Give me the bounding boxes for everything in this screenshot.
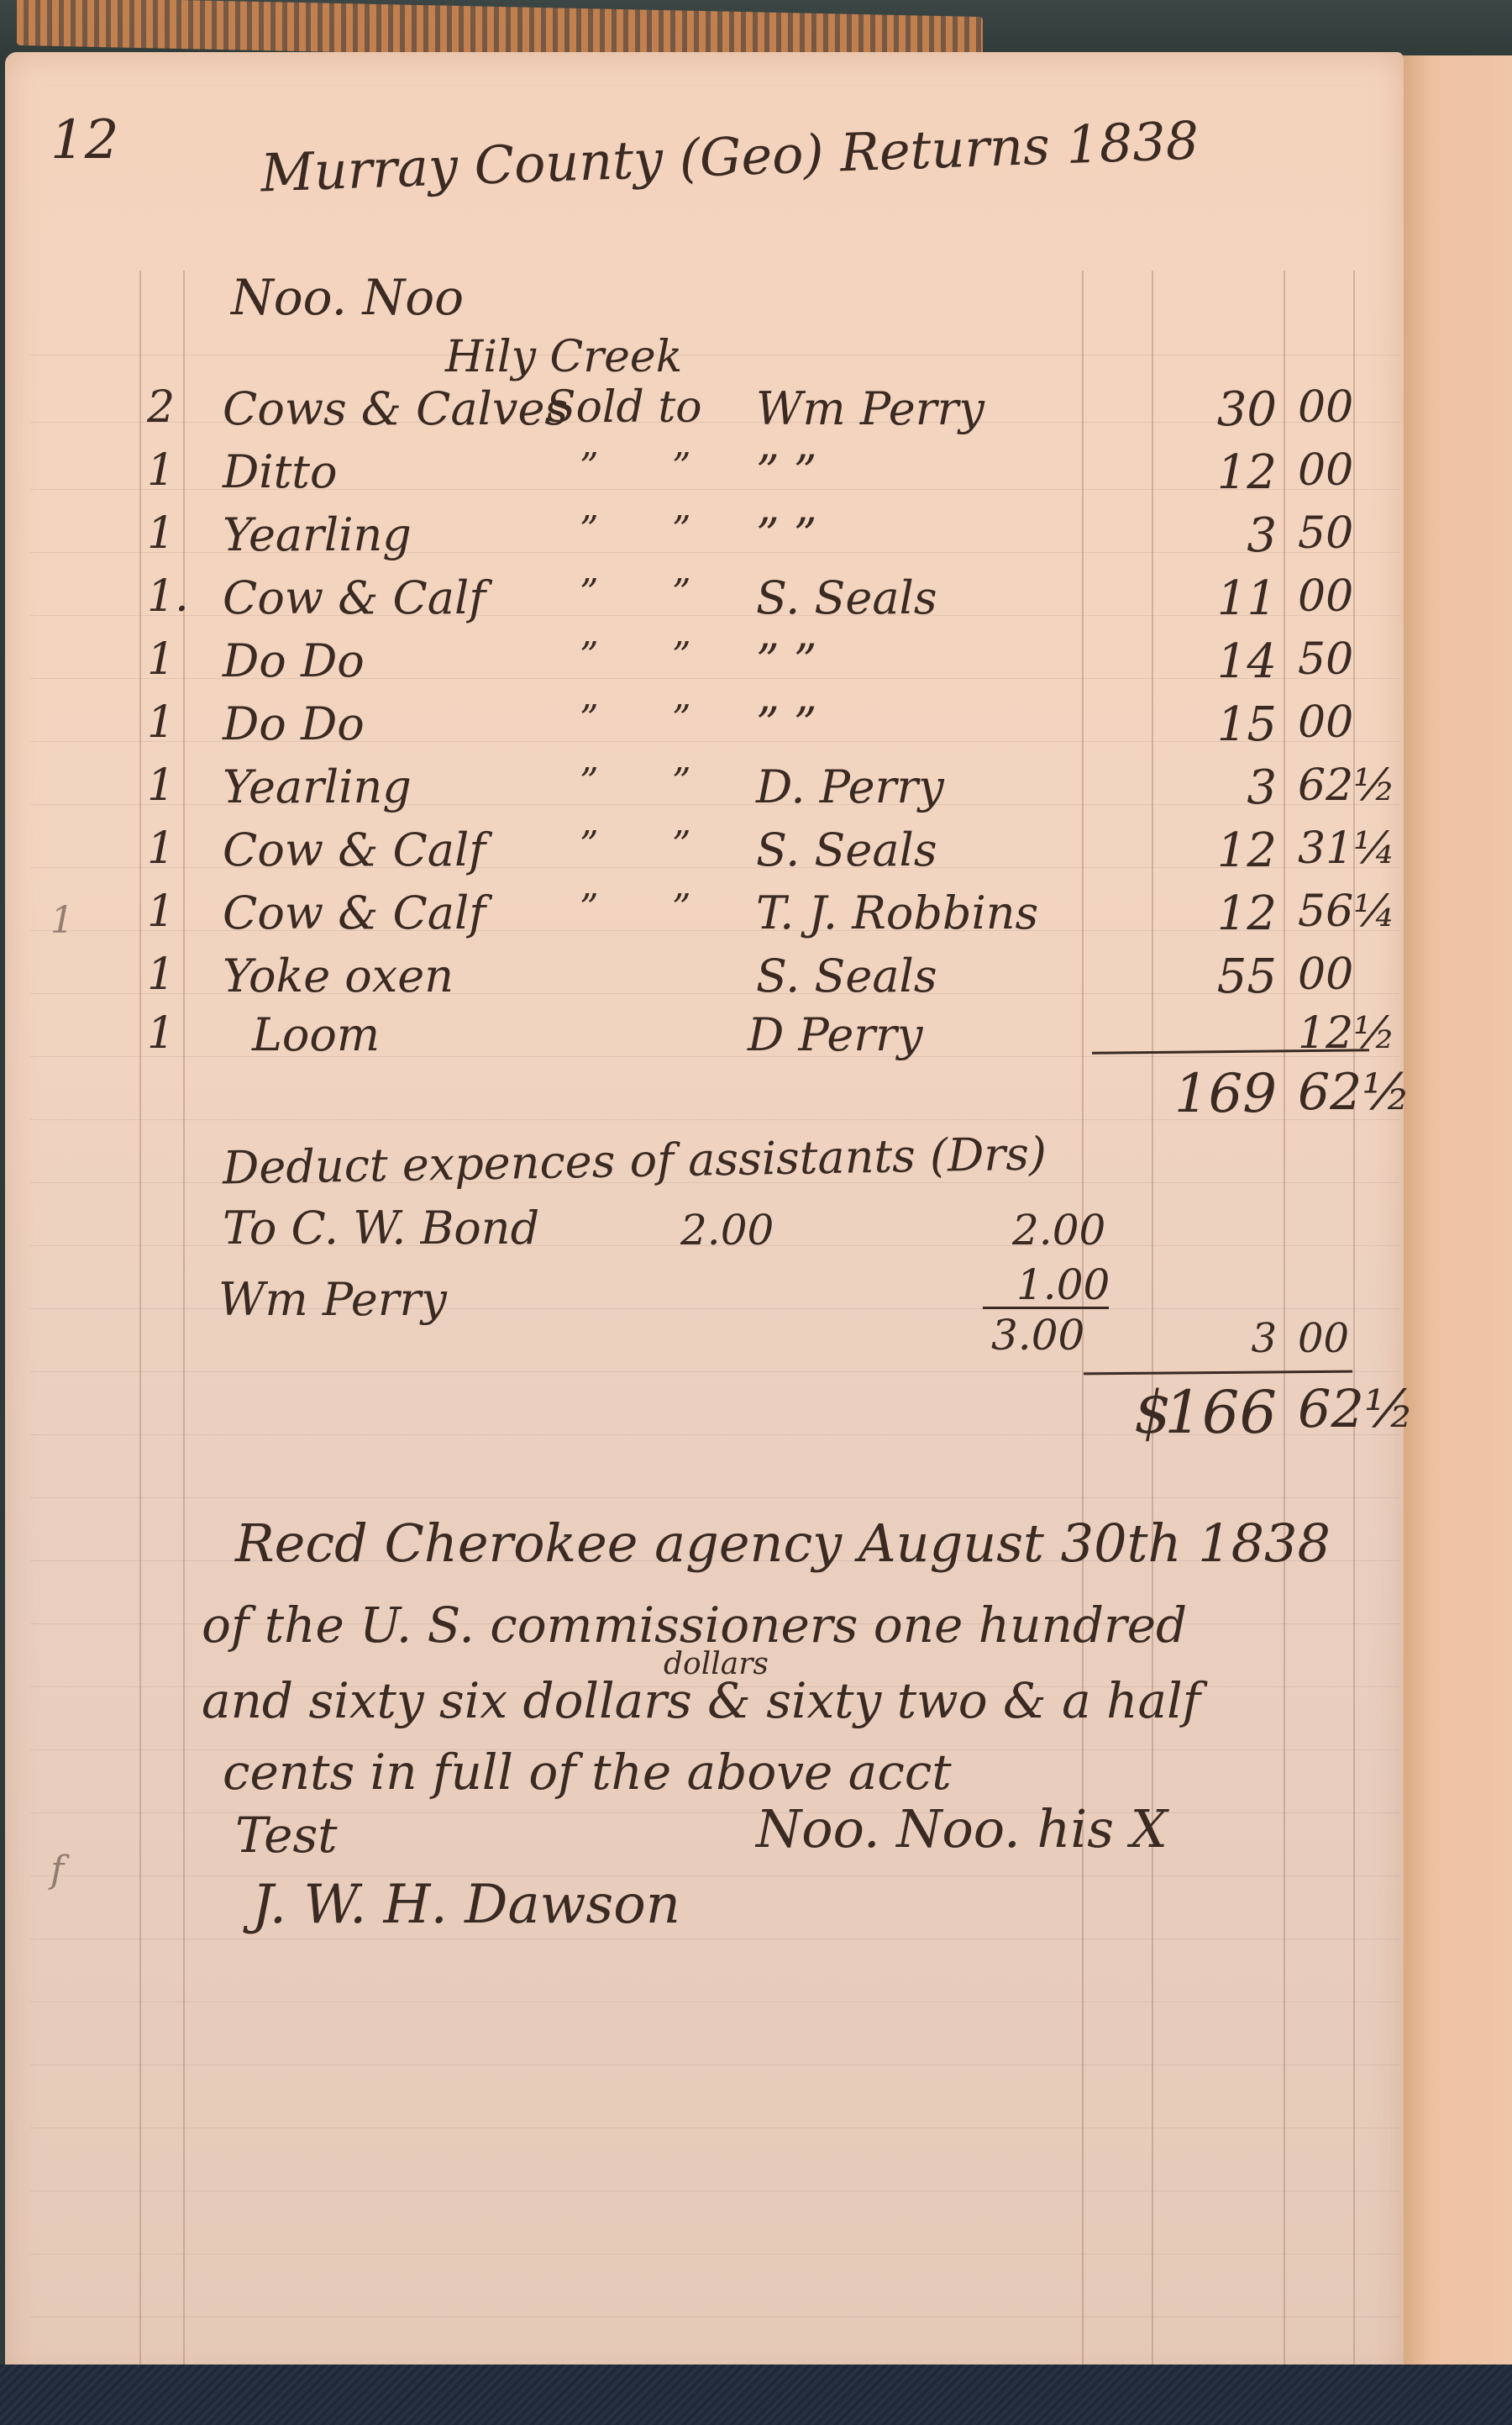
receipt-line: cents in full of the above acct bbox=[223, 1744, 952, 1801]
row-qty: 1 bbox=[147, 697, 175, 748]
signer-mark: Noo. Noo. his X bbox=[756, 1798, 1168, 1860]
row-qty: 1 bbox=[147, 823, 175, 874]
table-row: 1 Yearling ” ” ” ” 3 50 bbox=[0, 508, 1428, 567]
row-qty: 1. bbox=[147, 571, 189, 622]
row-item: Yearling bbox=[223, 508, 412, 561]
row-qty: 1 bbox=[147, 949, 175, 1000]
table-row: 1 Cow & Calf ” ” T. J. Robbins 12 56¼ bbox=[0, 886, 1428, 945]
ditto-mark: ” bbox=[672, 634, 691, 677]
carried-dollars: 3 bbox=[1142, 1315, 1277, 1362]
row-cents: 00 bbox=[1298, 445, 1353, 496]
row-item: Do Do bbox=[223, 634, 365, 687]
row-cents: 00 bbox=[1298, 949, 1353, 1000]
row-cents: 62½ bbox=[1298, 760, 1396, 811]
test-label: Test bbox=[235, 1807, 338, 1864]
receipt-line: Recd Cherokee agency August 30th 1838 bbox=[235, 1512, 1331, 1574]
book-bottom-cover bbox=[0, 2365, 1512, 2425]
row-qty: 1 bbox=[147, 634, 175, 685]
row-buyer: T. J. Robbins bbox=[756, 886, 1038, 939]
table-row: 1 Do Do ” ” ” ” 15 00 bbox=[0, 697, 1428, 756]
row-item: Cow & Calf bbox=[223, 571, 486, 624]
ditto-mark: ” bbox=[672, 823, 691, 866]
net-total-dollars: 166 bbox=[1142, 1378, 1277, 1447]
carried-deduction-row: 3 00 bbox=[0, 1315, 1428, 1374]
table-row: 1 Yearling ” ” D. Perry 3 62½ bbox=[0, 760, 1428, 819]
receipt-line: of the U. S. commissioners one hundred bbox=[202, 1597, 1187, 1654]
row-dollars: 12 bbox=[1142, 823, 1277, 878]
ditto-mark: ” bbox=[580, 571, 599, 614]
ditto-mark: ” bbox=[580, 697, 599, 740]
ditto-mark: ” bbox=[580, 886, 599, 929]
subtotal-row: 169 62½ bbox=[0, 1063, 1428, 1122]
row-qty: 1 bbox=[147, 1008, 175, 1059]
ditto-mark: ” bbox=[580, 445, 599, 488]
row-buyer: Wm Perry bbox=[756, 382, 984, 435]
table-row: 1 Loom D Perry 12½ bbox=[0, 1008, 1428, 1067]
row-buyer: ” ” bbox=[756, 634, 816, 687]
row-dollars: 55 bbox=[1142, 949, 1277, 1004]
row-item: Cow & Calf bbox=[223, 823, 486, 876]
row-dollars: 12 bbox=[1142, 445, 1277, 500]
location-name: Hily Creek bbox=[445, 332, 682, 382]
row-item: Ditto bbox=[223, 445, 337, 498]
row-buyer: D Perry bbox=[748, 1008, 922, 1061]
owner-name: Noo. Noo bbox=[231, 269, 464, 326]
row-dollars: 30 bbox=[1142, 382, 1277, 437]
ditto-mark: ” bbox=[580, 508, 599, 551]
deduction-label: To C. W. Bond bbox=[223, 1202, 539, 1255]
margin-mark: f bbox=[50, 1849, 64, 1891]
row-item: Loom bbox=[252, 1008, 380, 1061]
row-qty: 1 bbox=[147, 508, 175, 559]
book-top-binding bbox=[0, 0, 1512, 59]
row-buyer: ” ” bbox=[756, 697, 816, 750]
row-item: Yoke oxen bbox=[223, 949, 454, 1002]
row-cents: 31¼ bbox=[1298, 823, 1396, 874]
row-buyer: S. Seals bbox=[756, 823, 937, 876]
deduction-sum-rule bbox=[983, 1307, 1109, 1309]
ditto-mark: ” bbox=[672, 760, 691, 803]
table-row: 2 Cows & Calves Sold to Wm Perry 30 00 bbox=[0, 382, 1428, 441]
row-qty: 1 bbox=[147, 760, 175, 811]
row-item: Cows & Calves bbox=[223, 382, 568, 435]
row-qty: 2 bbox=[147, 382, 175, 433]
witness-signature: J. W. H. Dawson bbox=[252, 1874, 680, 1936]
row-qty: 1 bbox=[147, 886, 175, 937]
receipt-line: and sixty six dollars & sixty two & a ha… bbox=[202, 1672, 1200, 1729]
row-item: Do Do bbox=[223, 697, 365, 750]
ditto-mark: ” bbox=[672, 571, 691, 614]
row-qty: 1 bbox=[147, 445, 175, 496]
net-total-row: $ 166 62½ bbox=[0, 1378, 1428, 1437]
row-buyer: ” ” bbox=[756, 508, 816, 561]
deduction-amount: 1.00 bbox=[1016, 1260, 1110, 1309]
table-row: 1 Do Do ” ” ” ” 14 50 bbox=[0, 634, 1428, 693]
deduction-amount: 2.00 bbox=[1012, 1206, 1105, 1255]
deduction-inline-amount: 2.00 bbox=[680, 1206, 774, 1255]
sold-to-label: Sold to bbox=[546, 382, 702, 433]
carried-cents: 00 bbox=[1298, 1315, 1349, 1362]
row-buyer: S. Seals bbox=[756, 571, 937, 624]
page-number: 12 bbox=[50, 109, 118, 171]
ditto-mark: ” bbox=[672, 697, 691, 740]
margin-mark: 1 bbox=[50, 899, 74, 942]
row-cents: 50 bbox=[1298, 508, 1353, 559]
row-buyer: ” ” bbox=[756, 445, 816, 498]
ditto-mark: ” bbox=[672, 886, 691, 929]
subtotal-dollars: 169 bbox=[1142, 1063, 1277, 1125]
row-cents: 56¼ bbox=[1298, 886, 1396, 937]
row-buyer: D. Perry bbox=[756, 760, 944, 813]
ditto-mark: ” bbox=[672, 445, 691, 488]
table-row: 1. Cow & Calf ” ” S. Seals 11 00 bbox=[0, 571, 1428, 630]
row-cents: 00 bbox=[1298, 571, 1353, 622]
row-dollars: 14 bbox=[1142, 634, 1277, 689]
row-buyer: S. Seals bbox=[756, 949, 937, 1002]
ditto-mark: ” bbox=[580, 634, 599, 677]
table-row: 1 Cow & Calf ” ” S. Seals 12 31¼ bbox=[0, 823, 1428, 882]
row-dollars: 11 bbox=[1142, 571, 1277, 626]
row-item: Cow & Calf bbox=[223, 886, 486, 939]
row-dollars: 3 bbox=[1142, 760, 1277, 815]
subtotal-cents: 62½ bbox=[1298, 1063, 1411, 1122]
row-cents: 50 bbox=[1298, 634, 1353, 685]
ditto-mark: ” bbox=[580, 823, 599, 866]
row-dollars: 12 bbox=[1142, 886, 1277, 941]
row-cents: 00 bbox=[1298, 697, 1353, 748]
net-total-cents: 62½ bbox=[1298, 1378, 1415, 1439]
row-dollars: 3 bbox=[1142, 508, 1277, 563]
table-row: 1 Ditto ” ” ” ” 12 00 bbox=[0, 445, 1428, 504]
ditto-mark: ” bbox=[672, 508, 691, 551]
row-item: Yearling bbox=[223, 760, 412, 813]
row-cents: 00 bbox=[1298, 382, 1353, 433]
table-row: 1 Yoke oxen S. Seals 55 00 bbox=[0, 949, 1428, 1008]
ditto-mark: ” bbox=[580, 760, 599, 803]
row-dollars: 15 bbox=[1142, 697, 1277, 752]
